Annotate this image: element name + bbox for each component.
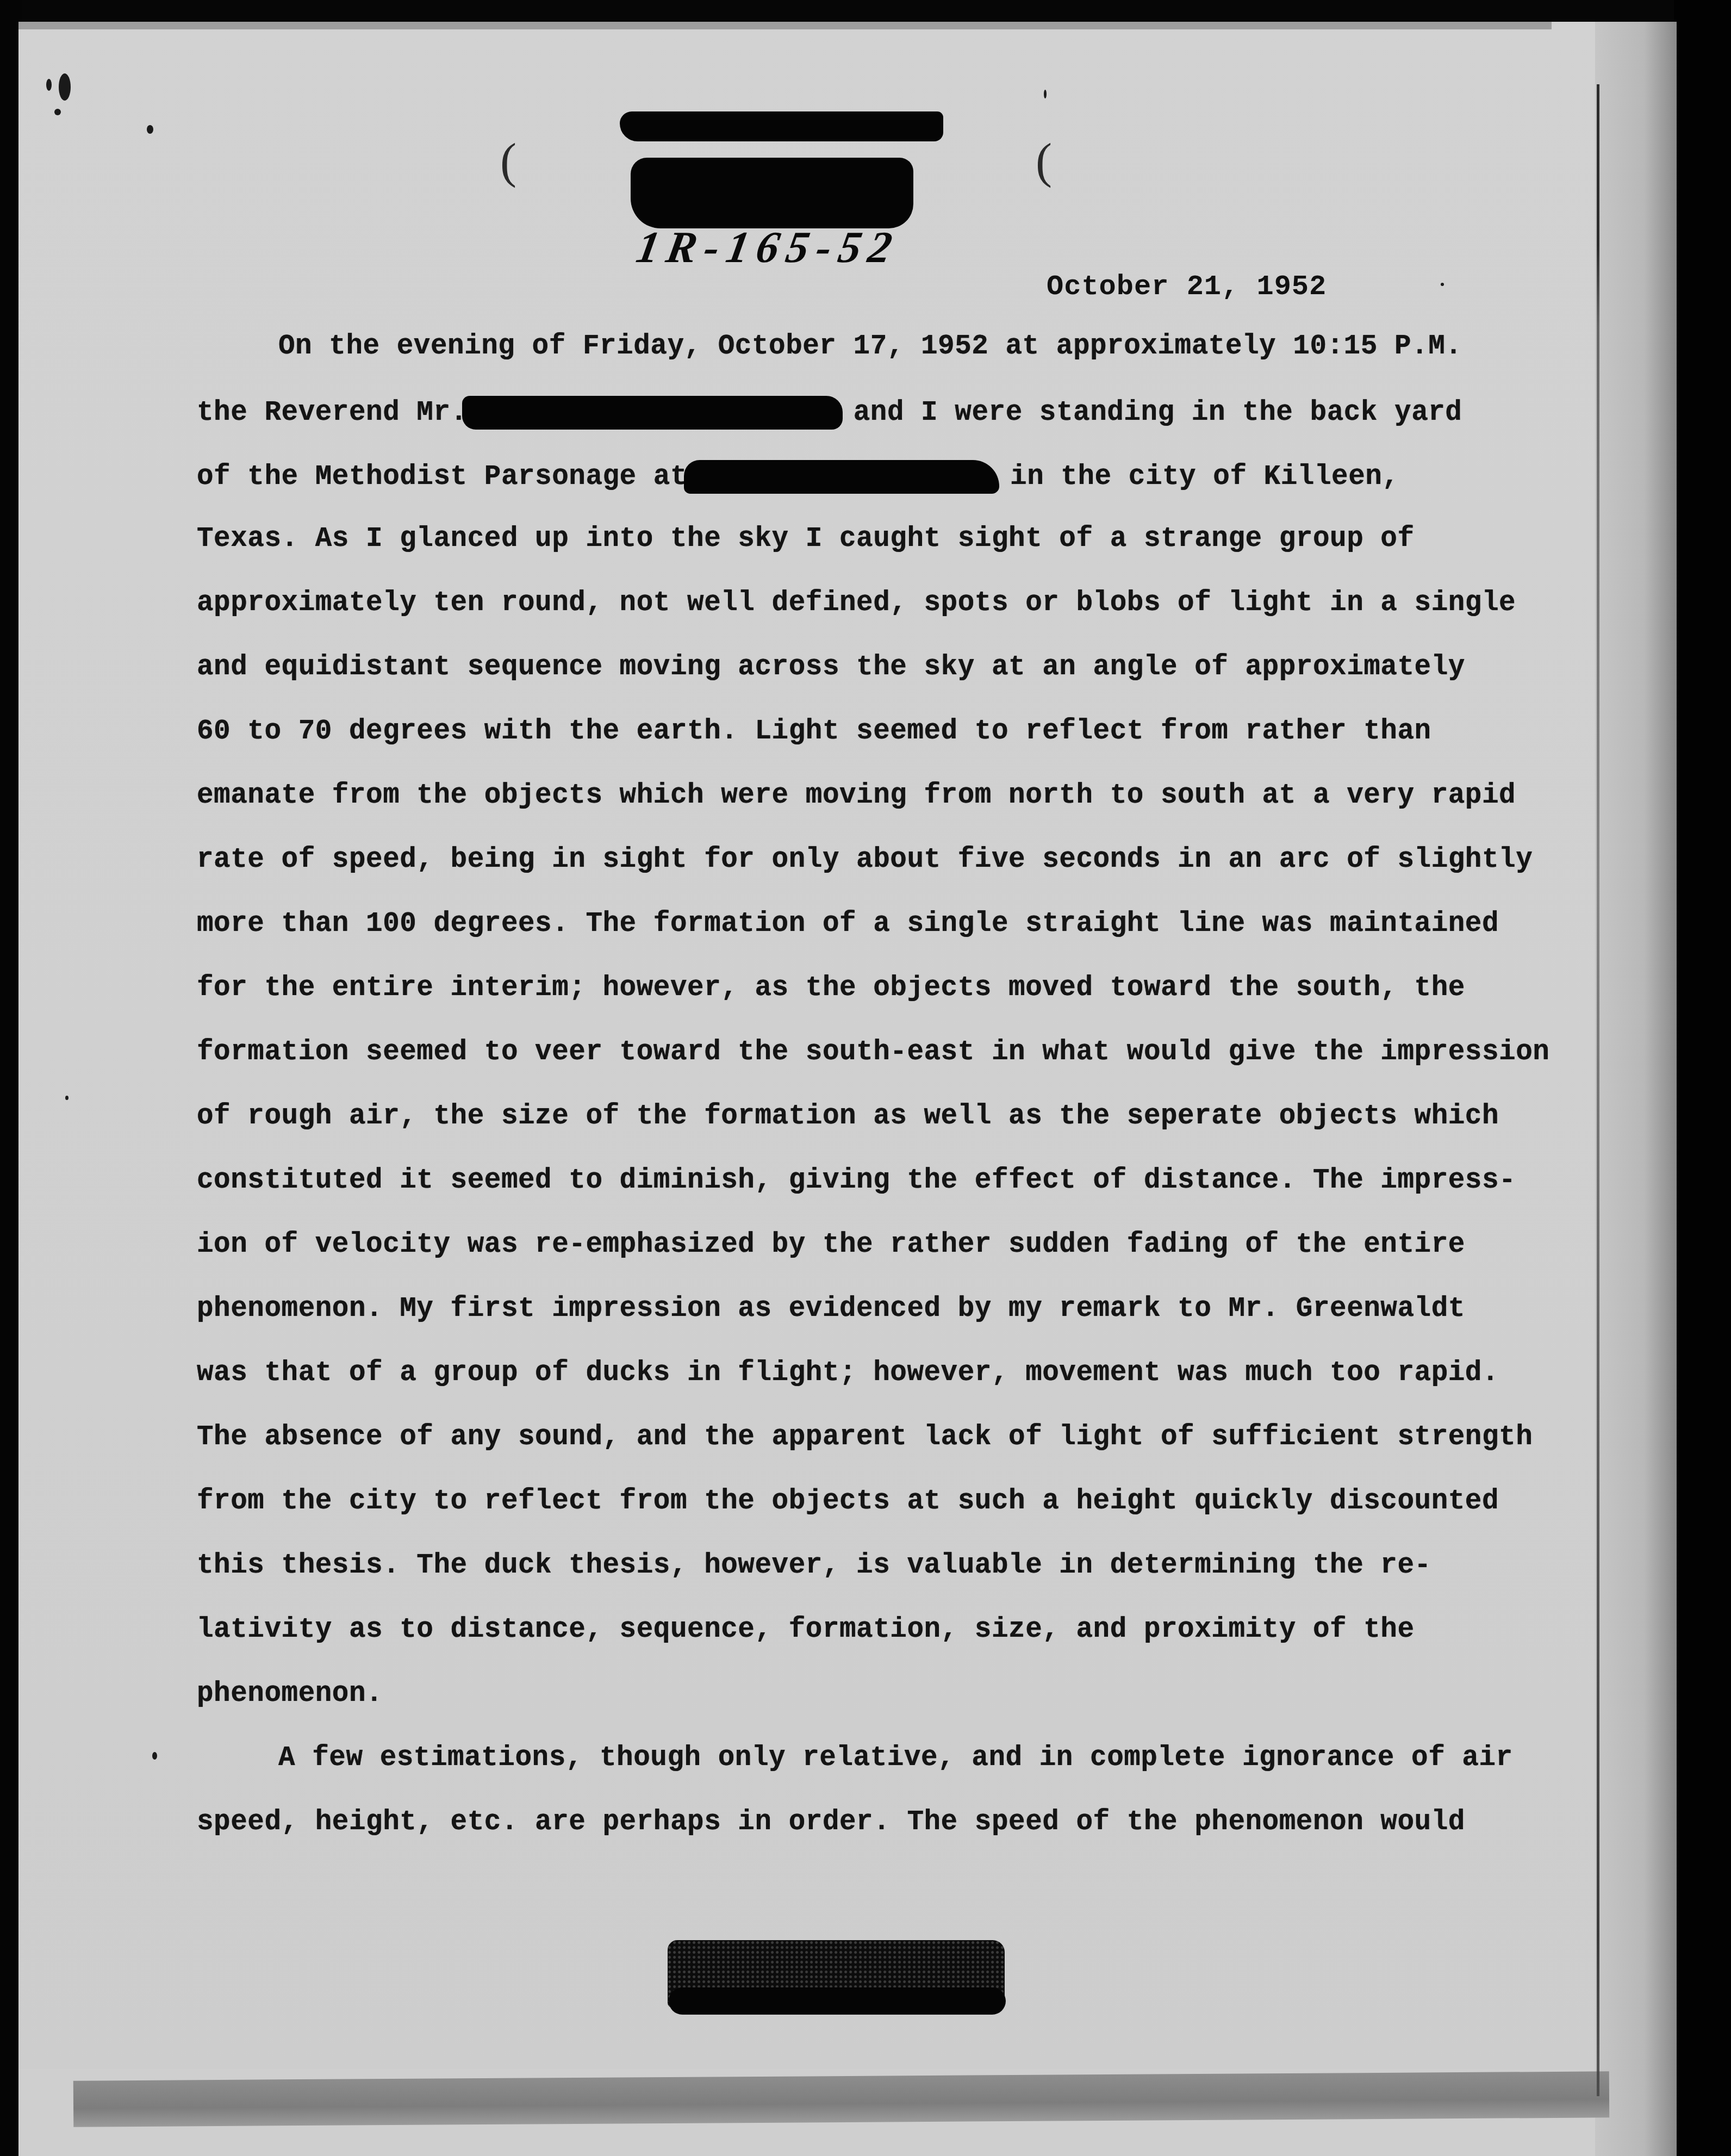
file-number: 1R-165-52	[633, 222, 904, 273]
margin-rule-line	[1597, 84, 1599, 2096]
scan-bottom-band	[73, 2071, 1609, 2127]
redaction-footer-base	[669, 1987, 1006, 2015]
scan-frame-top	[0, 0, 1731, 24]
scan-speck	[46, 79, 52, 91]
bracket-mark-right: (	[1036, 133, 1052, 189]
text-line: from the city to reflect from the object…	[197, 1487, 1523, 1551]
text-line: for the entire interim; however, as the …	[197, 973, 1523, 1037]
text-line: The absence of any sound, and the appare…	[197, 1422, 1523, 1487]
bracket-mark-left: (	[500, 133, 516, 189]
text-line: of the Methodist Parsonage atin the city…	[197, 460, 1523, 524]
paper-top-shadow	[18, 22, 1552, 29]
text-line: Texas. As I glanced up into the sky I ca…	[197, 524, 1523, 588]
paper-edge-shadow	[1595, 22, 1677, 2156]
text-line: A few estimations, though only relative,…	[197, 1743, 1523, 1807]
text-line: lativity as to distance, sequence, forma…	[197, 1615, 1523, 1679]
text-line: was that of a group of ducks in flight; …	[197, 1358, 1523, 1422]
text-line: 60 to 70 degrees with the earth. Light s…	[197, 717, 1523, 781]
document-body: On the evening of Friday, October 17, 19…	[197, 332, 1523, 1872]
scan-frame-right	[1674, 0, 1731, 2156]
text-line: this thesis. The duck thesis, however, i…	[197, 1551, 1523, 1615]
scan-speck	[1441, 283, 1444, 286]
text-fragment: the Reverend Mr.	[197, 397, 468, 428]
scan-speck	[152, 1752, 157, 1760]
text-line: emanate from the objects which were movi…	[197, 781, 1523, 845]
scan-speck	[65, 1096, 69, 1100]
text-line: speed, height, etc. are perhaps in order…	[197, 1807, 1523, 1872]
text-line: approximately ten round, not well define…	[197, 588, 1523, 653]
text-line: and equidistant sequence moving across t…	[197, 653, 1523, 717]
text-fragment: of the Methodist Parsonage at	[197, 462, 687, 493]
text-line: formation seemed to veer toward the sout…	[197, 1037, 1523, 1102]
redaction-header-classification	[631, 158, 913, 228]
scan-speck	[147, 125, 153, 134]
text-fragment: in the city of Killeen,	[1010, 462, 1399, 493]
text-line: ion of velocity was re-emphasized by the…	[197, 1230, 1523, 1294]
redaction-name	[462, 396, 843, 430]
redaction-header-top	[620, 111, 943, 141]
text-line: rate of speed, being in sight for only a…	[197, 845, 1523, 909]
text-line: of rough air, the size of the formation …	[197, 1102, 1523, 1166]
scan-speck	[54, 109, 61, 115]
scan-speck	[59, 73, 71, 101]
text-line: the Reverend Mr.and I were standing in t…	[197, 396, 1523, 460]
document-date: October 21, 1952	[1047, 271, 1327, 303]
redaction-address	[684, 460, 999, 494]
text-line: more than 100 degrees. The formation of …	[197, 909, 1523, 973]
scan-speck	[1044, 90, 1047, 98]
text-line: On the evening of Friday, October 17, 19…	[197, 332, 1523, 396]
text-line: phenomenon. My first impression as evide…	[197, 1294, 1523, 1358]
text-fragment: and I were standing in the back yard	[854, 397, 1462, 428]
text-line: constituted it seemed to diminish, givin…	[197, 1166, 1523, 1230]
text-line: phenomenon.	[197, 1679, 1523, 1743]
